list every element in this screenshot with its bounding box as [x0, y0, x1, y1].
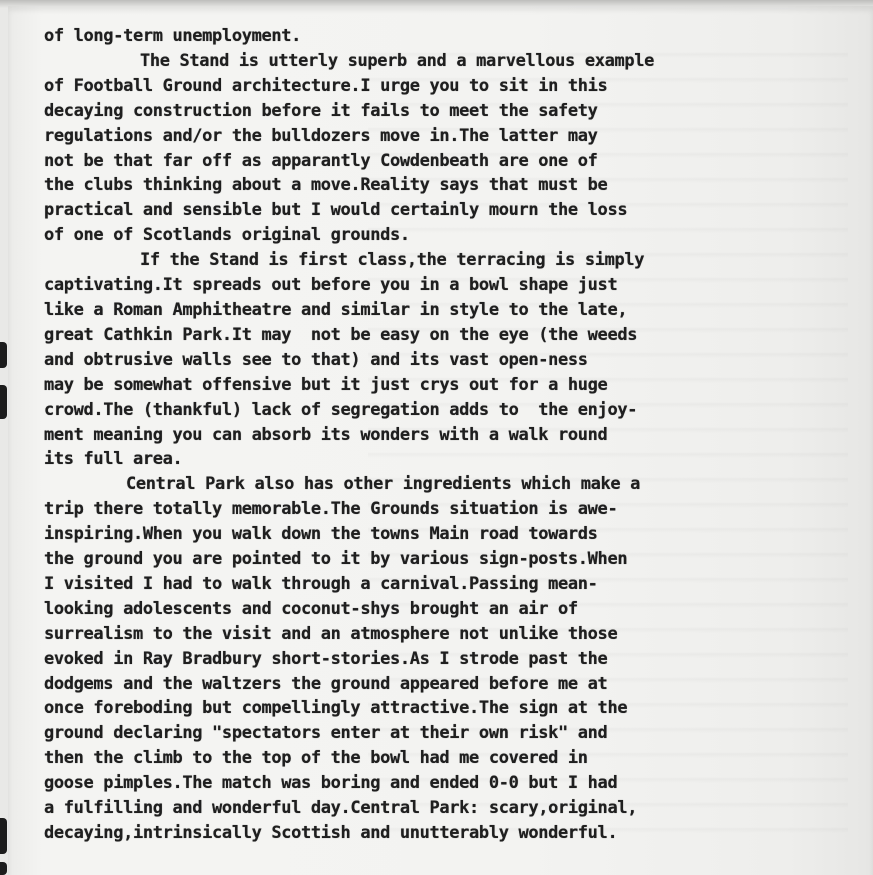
- text-line: of long-term unemployment.: [44, 24, 844, 49]
- text-line: great Cathkin Park.It may not be easy on…: [44, 323, 844, 348]
- text-line: trip there totally memorable.The Grounds…: [44, 497, 844, 522]
- text-line: once foreboding but compellingly attract…: [44, 696, 844, 721]
- text-line: then the climb to the top of the bowl ha…: [44, 746, 844, 771]
- text-line: ground declaring "spectators enter at th…: [44, 721, 844, 746]
- text-line: captivating.It spreads out before you in…: [44, 273, 844, 298]
- text-line: crowd.The (thankful) lack of segregation…: [44, 398, 844, 423]
- text-line: the ground you are pointed to it by vari…: [44, 547, 844, 572]
- text-line: may be somewhat offensive but it just cr…: [44, 373, 844, 398]
- text-line: ment meaning you can absorb its wonders …: [44, 423, 844, 448]
- article-body: of long-term unemployment.The Stand is u…: [44, 24, 844, 846]
- cut-off-footer-line: — –––– –––––––– ––––: [170, 864, 630, 875]
- text-line: regulations and/or the bulldozers move i…: [44, 124, 844, 149]
- text-line: its full area.: [44, 447, 844, 472]
- text-line: surrealism to the visit and an atmospher…: [44, 622, 844, 647]
- text-line: The Stand is utterly superb and a marvel…: [44, 49, 844, 74]
- text-line: a fulfilling and wonderful day.Central P…: [44, 796, 844, 821]
- text-line: Central Park also has other ingredients …: [44, 472, 844, 497]
- binder-hole-mark: [0, 385, 7, 419]
- text-line: practical and sensible but I would certa…: [44, 198, 844, 223]
- binder-hole-mark: [0, 818, 7, 854]
- text-line: If the Stand is first class,the terracin…: [44, 248, 844, 273]
- text-line: dodgems and the waltzers the ground appe…: [44, 672, 844, 697]
- text-line: I visited I had to walk through a carniv…: [44, 572, 844, 597]
- text-line: looking adolescents and coconut-shys bro…: [44, 597, 844, 622]
- text-line: evoked in Ray Bradbury short-stories.As …: [44, 647, 844, 672]
- binder-hole-mark: [0, 342, 7, 368]
- text-line: of Football Ground architecture.I urge y…: [44, 74, 844, 99]
- binder-hole-mark: [0, 862, 7, 875]
- text-line: goose pimples.The match was boring and e…: [44, 771, 844, 796]
- text-line: of one of Scotlands original grounds.: [44, 223, 844, 248]
- text-line: and obtrusive walls see to that) and its…: [44, 348, 844, 373]
- text-line: the clubs thinking about a move.Reality …: [44, 173, 844, 198]
- text-line: not be that far off as apparantly Cowden…: [44, 149, 844, 174]
- text-line: decaying construction before it fails to…: [44, 99, 844, 124]
- text-line: inspiring.When you walk down the towns M…: [44, 522, 844, 547]
- text-line: decaying,intrinsically Scottish and unut…: [44, 821, 844, 846]
- text-line: like a Roman Amphitheatre and similar in…: [44, 298, 844, 323]
